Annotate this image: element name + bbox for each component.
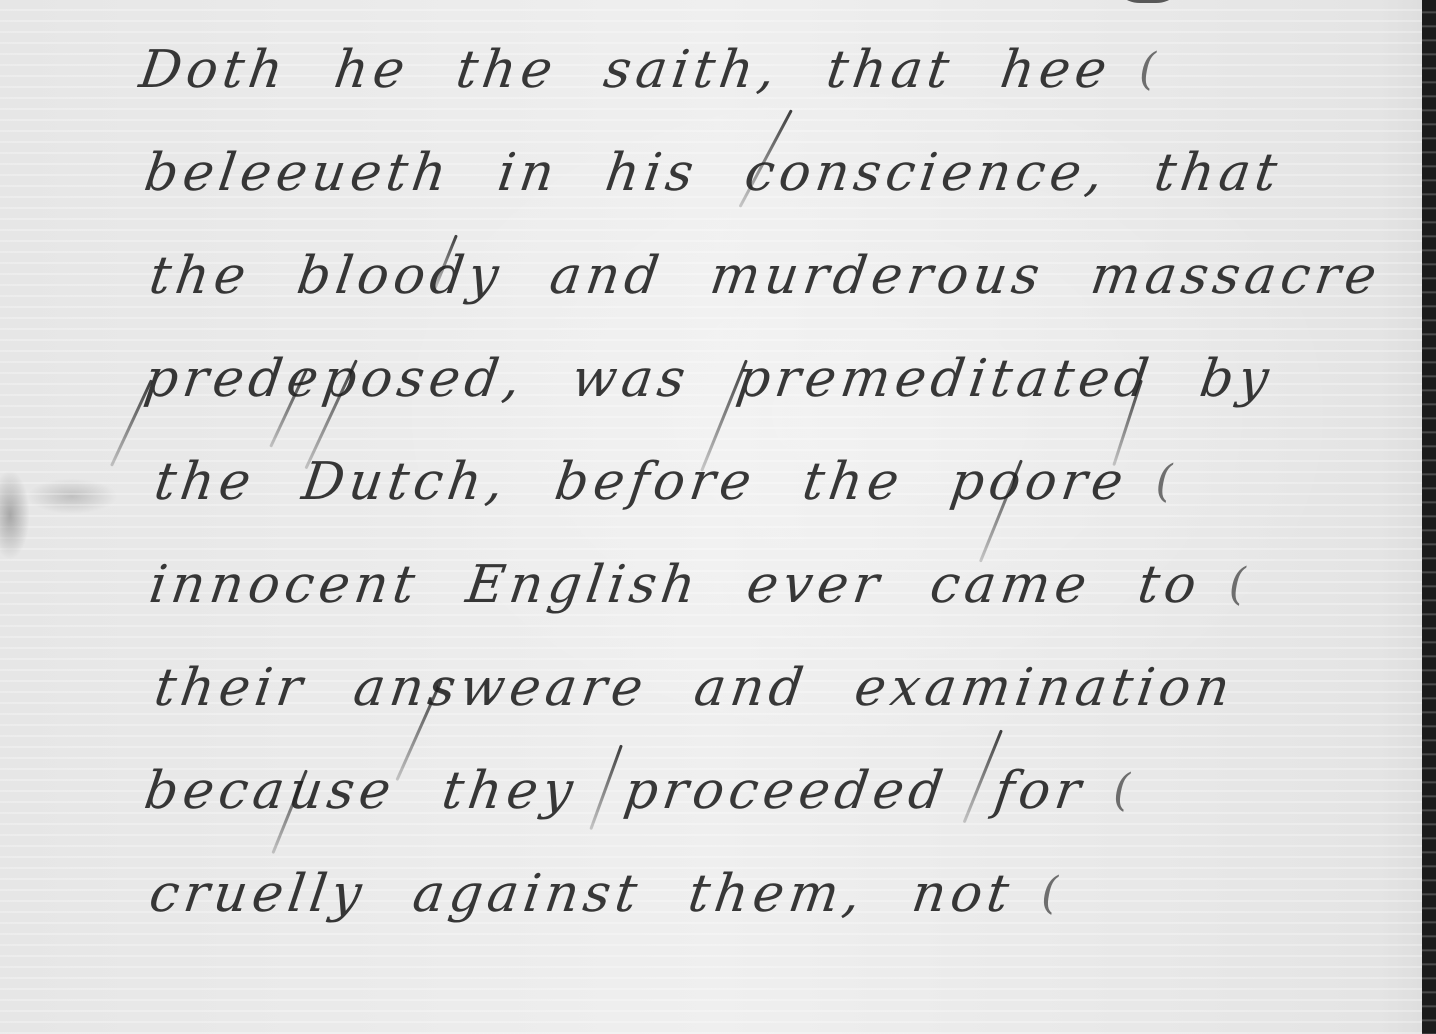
- manuscript-line: the Dutch, before the poore (: [140, 430, 1400, 533]
- line-text: the Dutch, before the poore: [151, 452, 1132, 512]
- line-text: beleeueth in his conscience, that: [141, 143, 1286, 203]
- line-text: cruelly against them, not: [146, 864, 1018, 924]
- previous-line-fragments: [0, 0, 1436, 10]
- line-end-mark: (: [1229, 559, 1246, 610]
- manuscript-line: because they proceeded for (: [140, 739, 1400, 842]
- manuscript-line: the bloody and murderous massacre: [140, 224, 1400, 327]
- ink-blot: [0, 470, 30, 560]
- line-text: the bloody and murderous massacre: [146, 246, 1385, 306]
- manuscript-page: Doth he the saith, that hee ( beleeueth …: [0, 0, 1436, 1034]
- page-edge-shadow: [1422, 0, 1436, 1034]
- line-text: because they proceeded for: [141, 761, 1090, 821]
- manuscript-line: innocent English ever came to (: [140, 533, 1400, 636]
- line-end-mark: (: [1155, 456, 1172, 507]
- line-end-mark: (: [1139, 44, 1156, 95]
- line-text: predeposed, was premeditated by: [141, 349, 1278, 409]
- manuscript-line: their answeare and examination: [140, 636, 1400, 739]
- manuscript-line: cruelly against them, not (: [140, 842, 1400, 945]
- line-text: their answeare and examination: [151, 658, 1238, 718]
- line-text: Doth he the saith, that hee: [136, 40, 1115, 100]
- line-end-mark: (: [1113, 765, 1130, 816]
- line-end-mark: (: [1041, 868, 1058, 919]
- ink-loop-fragment: [1110, 0, 1186, 3]
- line-text: innocent English ever came to: [146, 555, 1205, 615]
- manuscript-line: beleeueth in his conscience, that: [140, 121, 1400, 224]
- manuscript-line: Doth he the saith, that hee (: [140, 18, 1400, 121]
- manuscript-text: Doth he the saith, that hee ( beleeueth …: [140, 18, 1400, 945]
